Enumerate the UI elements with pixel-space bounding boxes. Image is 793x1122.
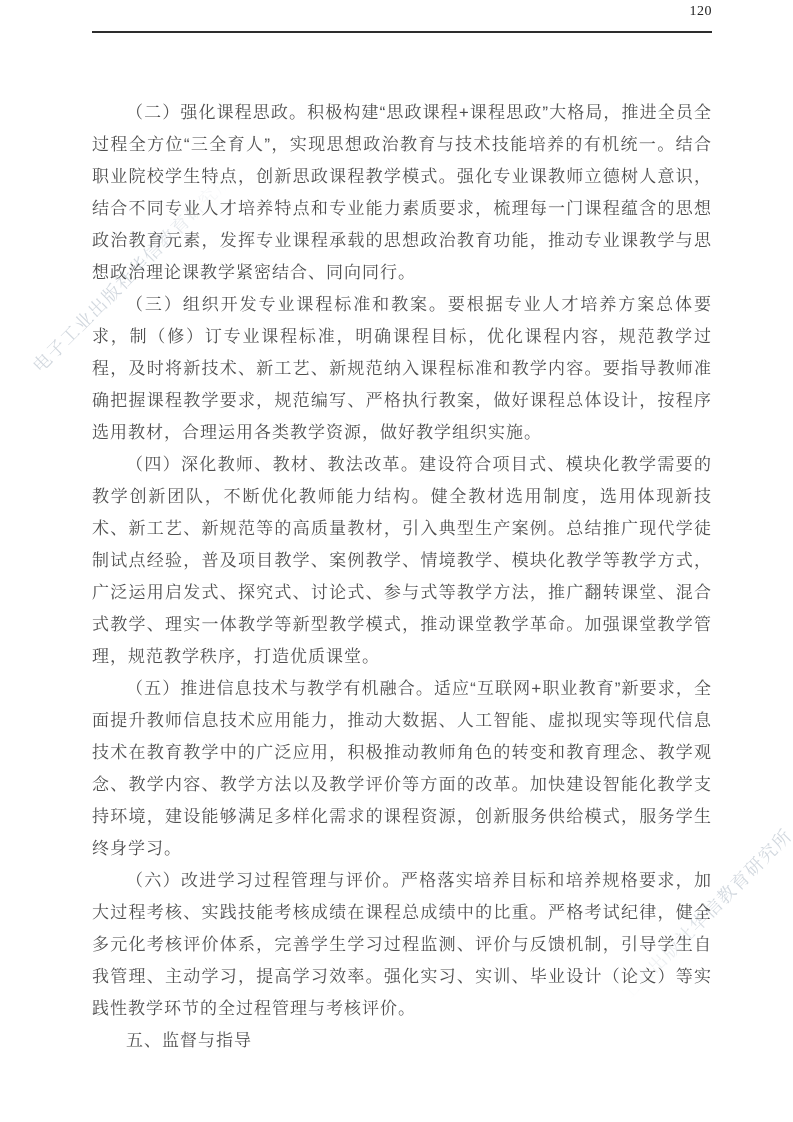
paragraph-process-evaluation: （六）改进学习过程管理与评价。严格落实培养目标和培养规格要求，加大过程考核、实践… bbox=[92, 865, 712, 1025]
paragraph-course-ideology: （二）强化课程思政。积极构建“思政课程+课程思政”大格局，推进全员全过程全方位“… bbox=[92, 97, 712, 289]
paragraph-curriculum-standards: （三）组织开发专业课程标准和教案。要根据专业人才培养方案总体要求，制（修）订专业… bbox=[92, 289, 712, 449]
header-rule bbox=[92, 31, 712, 33]
page-number: 120 bbox=[0, 4, 712, 20]
section-heading: 五、监督与指导 bbox=[92, 1025, 712, 1057]
document-body: （二）强化课程思政。积极构建“思政课程+课程思政”大格局，推进全员全过程全方位“… bbox=[92, 97, 712, 1057]
paragraph-information-technology: （五）推进信息技术与教学有机融合。适应“互联网+职业教育”新要求，全面提升教师信… bbox=[92, 673, 712, 865]
document-page: 120 电子工业出版社华信教育研究所 电子工业出版社华信教育研究所 （二）强化课… bbox=[0, 0, 793, 1122]
paragraph-teaching-reform: （四）深化教师、教材、教法改革。建设符合项目式、模块化教学需要的教学创新团队，不… bbox=[92, 449, 712, 673]
